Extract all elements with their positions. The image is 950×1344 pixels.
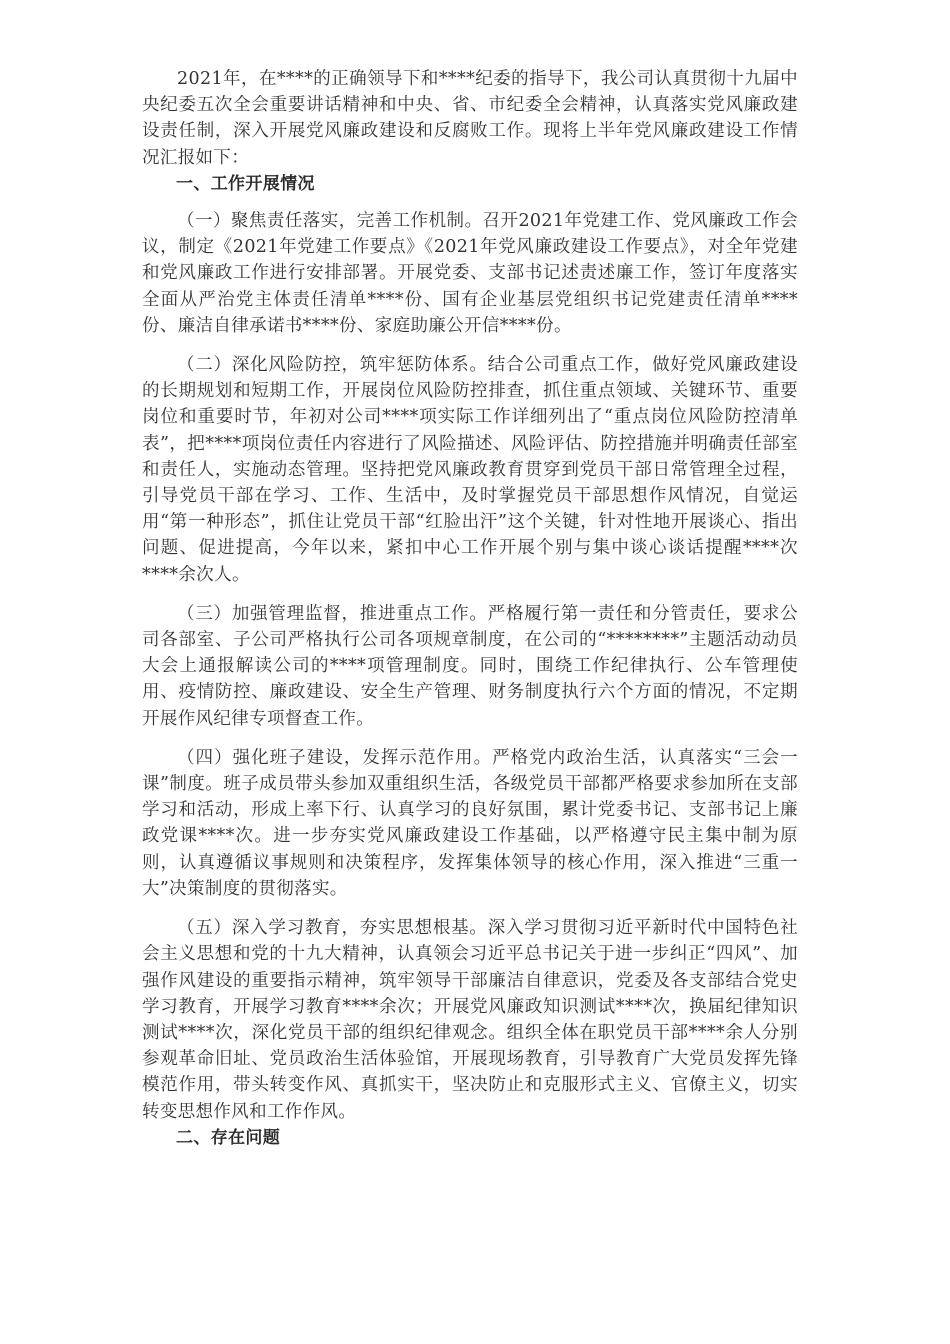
paragraph-risk-control: （二）深化风险防控，筑牢惩防体系。结合公司重点工作，做好党风廉政建设的长期规划和… [142,352,798,588]
document-page: 2021年，在****的正确领导下和****纪委的指导下，我公司认真贯彻十九届中… [142,66,798,1151]
paragraph-education: （五）深入学习教育，夯实思想根基。深入学习贯彻习近平新时代中国特色社会主义思想和… [142,915,798,1125]
paragraph-supervision: （三）加强管理监督，推进重点工作。严格履行第一责任和分管责任，要求公司各部室、子… [142,601,798,732]
paragraph-team-building: （四）强化班子建设，发挥示范作用。严格党内政治生活，认真落实“三会一课”制度。班… [142,745,798,902]
section-heading-work-progress: 一、工作开展情况 [142,171,798,197]
paragraph-responsibility: （一）聚焦责任落实，完善工作机制。召开2021年党建工作、党风廉政工作会议，制定… [142,208,798,339]
intro-paragraph: 2021年，在****的正确领导下和****纪委的指导下，我公司认真贯彻十九届中… [142,66,798,171]
section-heading-existing-problems: 二、存在问题 [142,1125,798,1151]
